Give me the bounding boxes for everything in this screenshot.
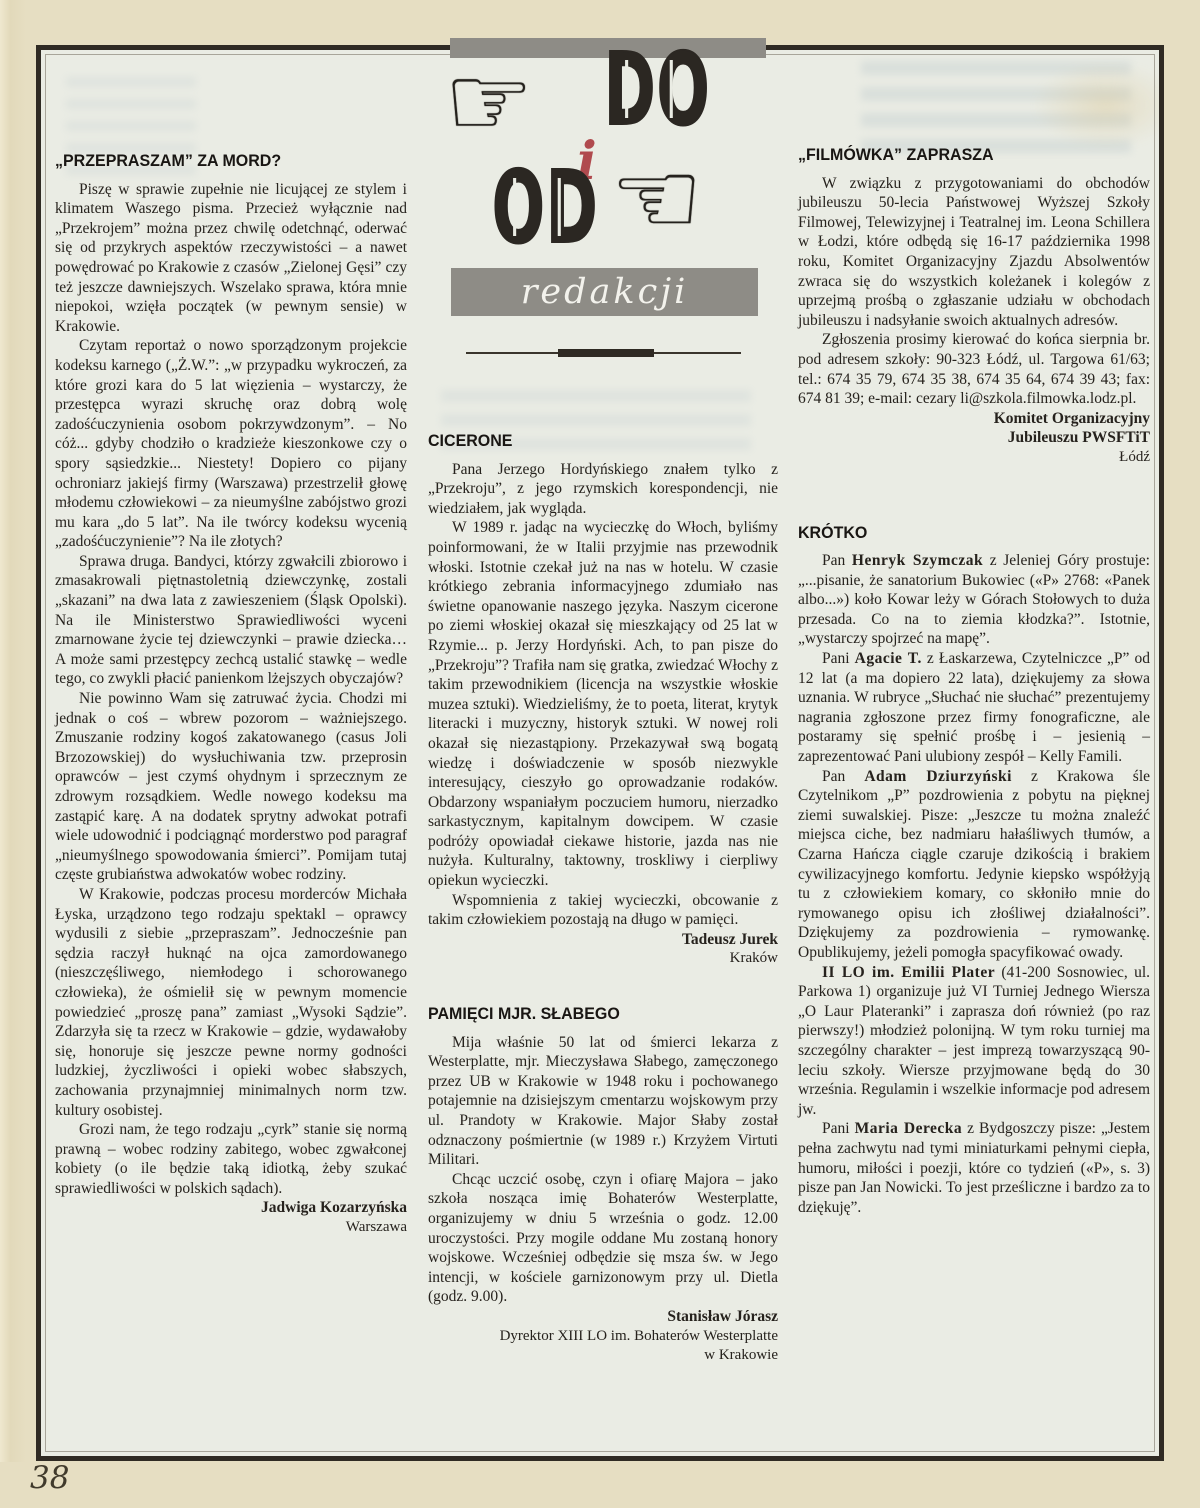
letter-signature-name: Jubileuszu PWSFTiT bbox=[798, 428, 1150, 448]
page-margin-bottom bbox=[0, 1462, 1200, 1508]
letter-paragraph: Piszę w sprawie zupełnie nie licującej z… bbox=[55, 180, 407, 337]
bleed-through-artifact bbox=[861, 58, 1131, 153]
letter-column-1: „PRZEPRASZAM” ZA MORD? Piszę w sprawie z… bbox=[55, 152, 407, 1238]
letter-paragraph: II LO im. Emilii Plater (41-200 Sosnowie… bbox=[798, 963, 1150, 1120]
letter-paragraph: Grozi nam, że tego rodzaju „cyrk” stanie… bbox=[55, 1120, 407, 1198]
letter-signature-role: Dyrektor XIII LO im. Bohaterów Westerpla… bbox=[428, 1327, 778, 1347]
letter-signature-place: Łódź bbox=[798, 448, 1150, 468]
letter-column-2: CICERONE Pana Jerzego Hordyńskiego znałe… bbox=[428, 432, 778, 1366]
letter-paragraph: Pan Adam Dziurzyński z Krakowa śle Czyte… bbox=[798, 767, 1150, 963]
letter-paragraph: W Krakowie, podczas procesu morderców Mi… bbox=[55, 885, 407, 1120]
letter-paragraph: Zgłoszenia prosimy kierować do końca sie… bbox=[798, 330, 1150, 408]
section-gap bbox=[428, 969, 778, 1005]
letter-column-3: „FILMÓWKA” ZAPRASZA W związku z przygoto… bbox=[798, 146, 1150, 1217]
letter-paragraph: Wspomnienia z takiej wycieczki, obcowani… bbox=[428, 891, 778, 930]
scan-page-edge bbox=[0, 0, 26, 1508]
letter-paragraph: Pana Jerzego Hordyńskiego znałem tylko z… bbox=[428, 460, 778, 519]
page-number: 38 bbox=[30, 1460, 69, 1496]
letter-signature-place: Kraków bbox=[428, 949, 778, 969]
letter-paragraph: W związku z przygotowaniami do obchodów … bbox=[798, 174, 1150, 331]
letter-signature-place: Warszawa bbox=[55, 1218, 407, 1238]
letter-heading-krotko: KRÓTKO bbox=[798, 524, 1139, 544]
letter-signature-place: w Krakowie bbox=[428, 1346, 778, 1366]
letter-paragraph: Mija właśnie 50 lat od śmierci lekarza z… bbox=[428, 1033, 778, 1170]
letter-signature-name: Komitet Organizacyjny bbox=[798, 409, 1150, 429]
letter-heading-filmowka: „FILMÓWKA” ZAPRASZA bbox=[798, 146, 1139, 166]
letter-heading-cicerone: CICERONE bbox=[428, 432, 768, 452]
letter-paragraph: W 1989 r. jadąc na wycieczkę do Włoch, b… bbox=[428, 518, 778, 890]
letter-signature-name: Jadwiga Kozarzyńska bbox=[55, 1198, 407, 1218]
letter-heading-slaby: PAMIĘCI MJR. SŁABEGO bbox=[428, 1005, 768, 1025]
bleed-through-artifact bbox=[1031, 60, 1164, 150]
letter-paragraph: Nie powinno Wam się zatruwać życia. Chod… bbox=[55, 689, 407, 885]
section-gap bbox=[798, 468, 1150, 524]
letter-paragraph: Pani Maria Derecka z Bydgoszczy pisze: „… bbox=[798, 1119, 1150, 1217]
letter-signature-name: Tadeusz Jurek bbox=[428, 930, 778, 950]
letter-paragraph: Pani Agacie T. z Łaskarzewa, Czytelniczc… bbox=[798, 649, 1150, 767]
letter-signature-name: Stanisław Jórasz bbox=[428, 1307, 778, 1327]
letter-heading-przepraszam: „PRZEPRASZAM” ZA MORD? bbox=[55, 152, 396, 172]
letter-paragraph: Czytam reportaż o nowo sporządzonym proj… bbox=[55, 336, 407, 552]
letter-paragraph: Chcąc uczcić osobę, czyn i ofiarę Majora… bbox=[428, 1170, 778, 1307]
letter-paragraph: Pan Henryk Szymczak z Jeleniej Góry pros… bbox=[798, 551, 1150, 649]
letter-paragraph: Sprawa druga. Bandyci, którzy zgwałcili … bbox=[55, 552, 407, 689]
